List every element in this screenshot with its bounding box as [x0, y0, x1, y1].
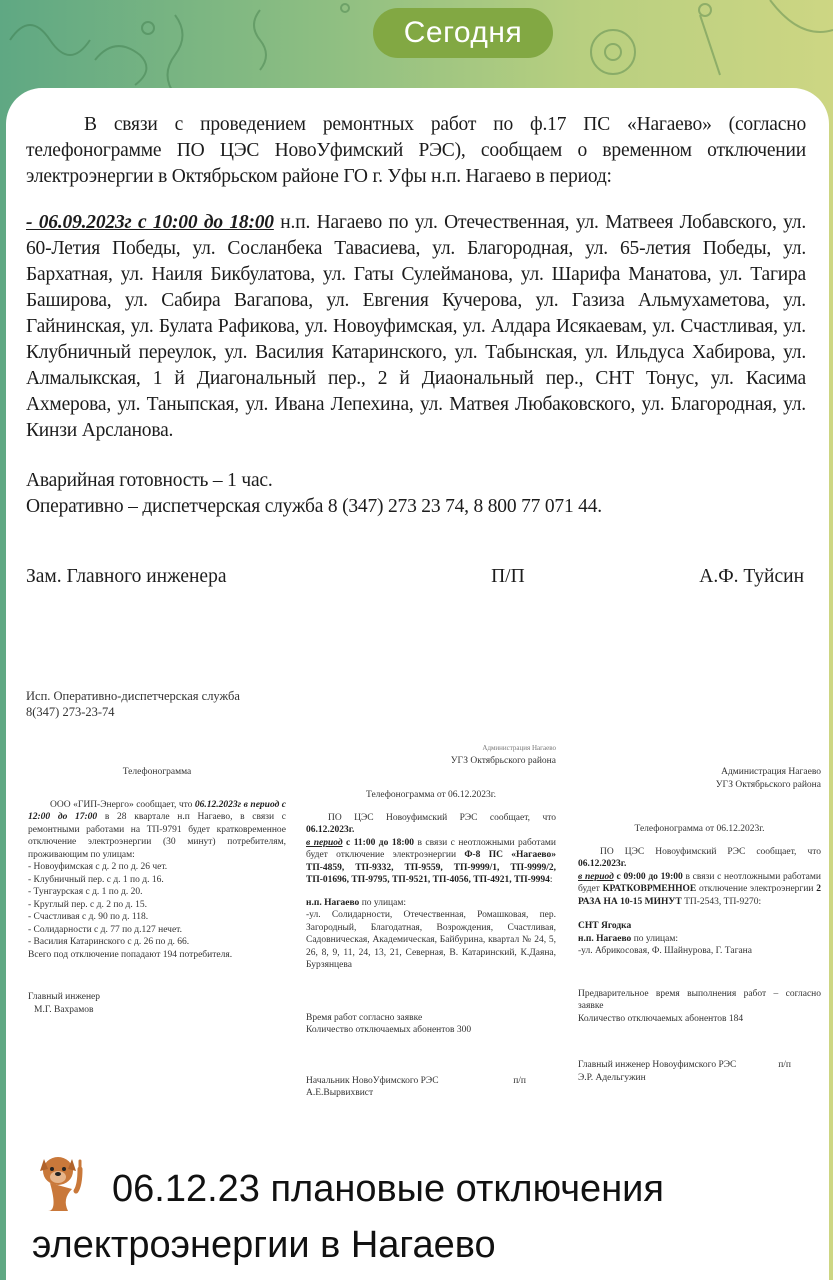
tg2-settlement: н.п. Нагаево по улицам: — [306, 897, 556, 910]
tg3-text-d: отключение электроэнергии — [696, 884, 816, 894]
tg2-signer-pp: п/п — [513, 1075, 526, 1088]
tg3-short-label: КРАТКОВРМЕННОЕ — [603, 884, 697, 894]
list-item: - Новоуфимская с д. 2 по д. 26 чет. — [28, 861, 286, 874]
tg1-signer-title: Главный инженер — [28, 991, 286, 1004]
tg3-signature: Главный инженер Новоуфимского РЭСп/п — [578, 1059, 821, 1072]
tg3-time-note: Предварительное время выполнения работ –… — [578, 988, 821, 1013]
signer-pp: П/П — [491, 566, 525, 588]
executor-block: Исп. Оперативно-диспетчерская служба 8(3… — [26, 688, 240, 720]
tg3-date: 06.12.2023г. — [578, 859, 626, 869]
notice-streets: - 06.09.2023г с 10:00 до 18:00 н.п. Нага… — [26, 210, 806, 444]
tg3-addressee-dept: УГЗ Октябрьского района — [578, 779, 821, 792]
tg3-title: Телефонограмма от 06.12.2023г. — [578, 823, 821, 836]
notice-period: - 06.09.2023г с 10:00 до 18:00 — [26, 212, 274, 233]
tg2-count: Количество отключаемых абонентов 300 — [306, 1024, 556, 1037]
tg3-body-2: в период с 09:00 до 19:00 в связи с неот… — [578, 871, 821, 909]
tg2-title: Телефонограмма от 06.12.2023г. — [306, 789, 556, 802]
tg2-date: 06.12.2023г. — [306, 825, 354, 835]
tg3-signer-name: Э.Р. Адельгужин — [578, 1072, 821, 1085]
list-item: - Тунгаурская с д. 1 по д. 20. — [28, 886, 286, 899]
tg1-signer-name: М.Г. Вахрамов — [28, 1004, 286, 1017]
notice-intro: В связи с проведением ремонтных работ по… — [26, 112, 806, 190]
tg2-time: с 11:00 до 18:00 — [343, 838, 414, 848]
dog-pointing-up-sticker-icon — [32, 1151, 94, 1213]
tg2-body: ПО ЦЭС Новоуфимский РЭС сообщает, что 06… — [306, 812, 556, 837]
tg2-signer-title: Начальник НовоУфимского РЭС — [306, 1075, 439, 1088]
message-bubble[interactable]: В связи с проведением ремонтных работ по… — [6, 88, 829, 1280]
executor-phone: 8(347) 273-23-74 — [26, 704, 240, 720]
tg3-signer-title: Главный инженер Новоуфимского РЭС — [578, 1059, 736, 1072]
tg2-addressee: Администрация Нагаево — [306, 742, 556, 755]
tg3-text: ПО ЦЭС Новоуфимский РЭС сообщает, что — [600, 847, 821, 857]
tg2-period-label: в период — [306, 838, 343, 848]
tg1-body: ООО «ГИП-Энерго» сообщает, что 06.12.202… — [28, 799, 286, 862]
notice-streets-list: н.п. Нагаево по ул. Отечественная, ул. М… — [26, 212, 806, 441]
tg3-signer-pp: п/п — [778, 1059, 791, 1072]
tg3-addressee: Администрация Нагаево — [578, 766, 821, 779]
signer-position: Зам. Главного инженера — [26, 566, 226, 588]
tg2-signature: Начальник НовоУфимского РЭСп/п — [306, 1075, 556, 1088]
tg2-signer-name: А.Е.Вырвихвист — [306, 1087, 556, 1100]
tg3-period-label: в период — [578, 872, 614, 882]
tg3-time: с 09:00 до 19:00 — [614, 872, 683, 882]
list-item: - Счастливая с д. 90 по д. 118. — [28, 911, 286, 924]
tg3-settlement: н.п. Нагаево по улицам: — [578, 933, 821, 946]
message-caption: 06.12.23 плановые отключения электроэнер… — [32, 1151, 822, 1273]
tg1-total: Всего под отключение попадают 194 потреб… — [28, 949, 286, 962]
signature-row: Зам. Главного инженера П/П А.Ф. Туйсин — [26, 566, 806, 588]
emergency-readiness: Аварийная готовность – 1 час. — [26, 470, 273, 491]
date-separator-pill: Сегодня — [373, 8, 553, 58]
telephonogram-3: Администрация Нагаево УГЗ Октябрьского р… — [578, 766, 821, 1084]
dispatch-phones: Оперативно – диспетчерская служба 8 (347… — [26, 496, 602, 517]
list-item: - Солидарности с д. 77 по д.127 нечет. — [28, 924, 286, 937]
tg2-time-note: Время работ согласно заявке — [306, 1012, 556, 1025]
telephonogram-2: Администрация Нагаево УГЗ Октябрьского р… — [306, 742, 556, 1100]
tg3-snt: СНТ Ягодка — [578, 921, 631, 931]
tg2-settlement-name: н.п. Нагаево — [306, 898, 359, 908]
list-item: - Круглый пер. с д. 2 по д. 15. — [28, 899, 286, 912]
signer-name: А.Ф. Туйсин — [699, 566, 804, 588]
tg3-settlement-name: н.п. Нагаево — [578, 934, 631, 944]
list-item: - Клубничный пер. с д. 1 по д. 16. — [28, 874, 286, 887]
tg2-body-2: в период с 11:00 до 18:00 в связи с неот… — [306, 837, 556, 887]
tg2-streets: -ул. Солидарности, Отечественная, Ромашк… — [306, 909, 556, 972]
list-item: - Василия Катаринского с д. 26 по д. 66. — [28, 936, 286, 949]
tg3-count: Количество отключаемых абонентов 184 — [578, 1013, 821, 1026]
tg1-title: Телефонограмма — [28, 766, 286, 779]
executor-line: Исп. Оперативно-диспетчерская служба — [26, 688, 240, 704]
tg3-settlement-rest: по улицам: — [631, 934, 678, 944]
tg2-settlement-rest: по улицам: — [359, 898, 406, 908]
telephonogram-1: Телефонограмма ООО «ГИП-Энерго» сообщает… — [28, 766, 286, 1016]
notice-contacts: Аварийная готовность – 1 час. Оперативно… — [26, 468, 806, 520]
tg3-substations: ТП-2543, ТП-9270: — [682, 897, 761, 907]
outage-notice-document: В связи с проведением ремонтных работ по… — [26, 112, 806, 588]
tg1-text: ООО «ГИП-Энерго» сообщает, что — [50, 800, 195, 810]
tg3-body: ПО ЦЭС Новоуфимский РЭС сообщает, что 06… — [578, 846, 821, 871]
tg1-street-list: - Новоуфимская с д. 2 по д. 26 чет. - Кл… — [28, 861, 286, 949]
tg2-addressee-dept: УГЗ Октябрьского района — [306, 755, 556, 768]
tg2-text: ПО ЦЭС Новоуфимский РЭС сообщает, что — [328, 813, 556, 823]
tg3-streets: -ул. Абрикосовая, Ф. Шайнурова, Г. Таган… — [578, 945, 821, 958]
caption-text: 06.12.23 плановые отключения электроэнер… — [32, 1168, 664, 1266]
